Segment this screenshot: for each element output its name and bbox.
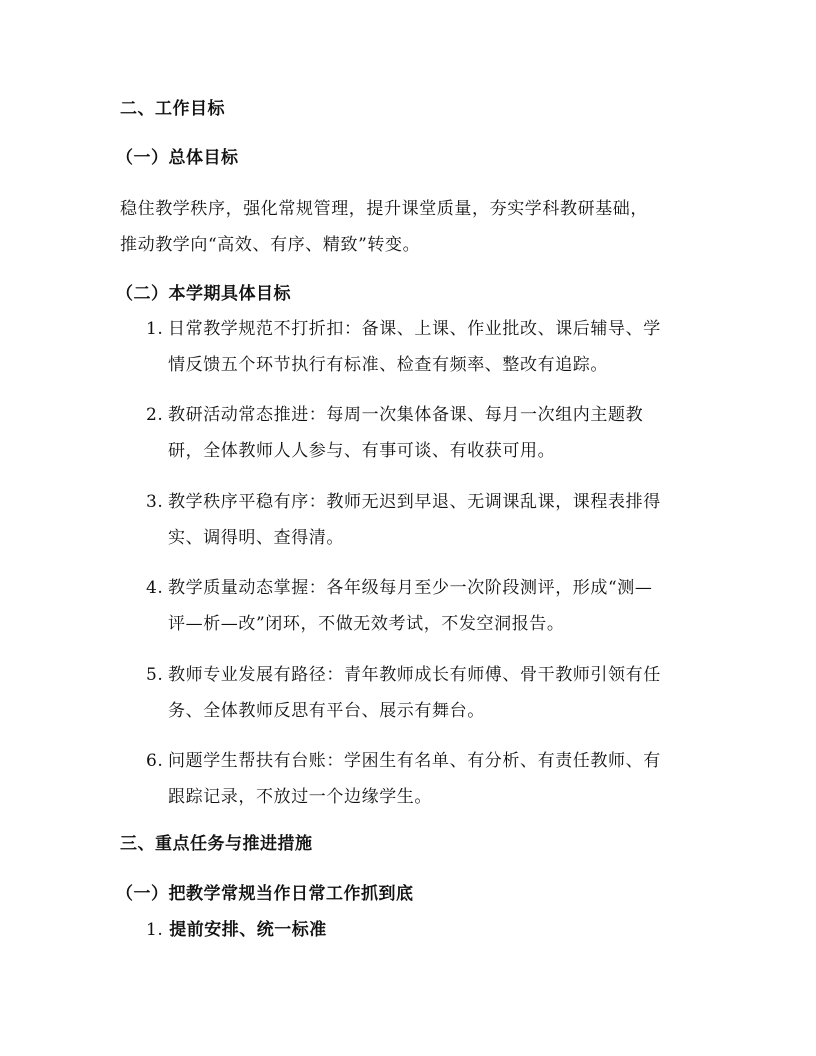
paragraph-line: 稳住教学秩序，强化常规管理，提升课堂质量，夯实学科教研基础， xyxy=(120,191,700,227)
subsection-heading-semester-goals: （二）本学期具体目标 xyxy=(116,284,291,304)
list-number: 6. xyxy=(146,743,163,779)
list-item-goal-3: 3. 教学秩序平稳有序：教师无迟到早退、无调课乱课，课程表排得 实、调得明、查得… xyxy=(146,484,706,556)
section-heading-work-goals: 二、工作目标 xyxy=(120,99,225,119)
list-item-line: 教师专业发展有路径：青年教师成长有师傅、骨干教师引领有任 xyxy=(146,657,706,693)
list-number: 1. xyxy=(146,920,163,940)
subsection-heading-teaching-routine: （一）把教学常规当作日常工作抓到底 xyxy=(116,884,414,904)
list-number: 4. xyxy=(146,570,163,606)
list-item-line: 研，全体教师人人参与、有事可谈、有收获可用。 xyxy=(146,433,706,469)
list-number: 5. xyxy=(146,657,163,693)
paragraph-line: 推动教学向“高效、有序、精致”转变。 xyxy=(120,227,700,263)
list-item-line: 教研活动常态推进：每周一次集体备课、每月一次组内主题教 xyxy=(146,397,706,433)
list-item-text: 提前安排、统一标准 xyxy=(169,920,327,940)
list-item-line: 情反馈五个环节执行有标准、检查有频率、整改有追踪。 xyxy=(146,347,706,383)
subsection-heading-overall-goal: （一）总体目标 xyxy=(116,148,239,168)
list-item-goal-1: 1. 日常教学规范不打折扣：备课、上课、作业批改、课后辅导、学 情反馈五个环节执… xyxy=(146,311,706,383)
list-number: 1. xyxy=(146,311,163,347)
list-number: 3. xyxy=(146,484,163,520)
list-item-line: 跟踪记录，不放过一个边缘学生。 xyxy=(146,779,706,815)
list-item-line: 务、全体教师反思有平台、展示有舞台。 xyxy=(146,693,706,729)
list-item-line: 实、调得明、查得清。 xyxy=(146,520,706,556)
section-heading-key-tasks: 三、重点任务与推进措施 xyxy=(120,834,313,854)
list-item-line: 评—析—改”闭环，不做无效考试，不发空洞报告。 xyxy=(146,606,706,642)
list-item-goal-5: 5. 教师专业发展有路径：青年教师成长有师傅、骨干教师引领有任 务、全体教师反思… xyxy=(146,657,706,729)
list-item-goal-4: 4. 教学质量动态掌握：各年级每月至少一次阶段测评，形成“测— 评—析—改”闭环… xyxy=(146,570,706,642)
list-item-line: 教学秩序平稳有序：教师无迟到早退、无调课乱课，课程表排得 xyxy=(146,484,706,520)
list-item-line: 问题学生帮扶有台账：学困生有名单、有分析、有责任教师、有 xyxy=(146,743,706,779)
list-item-goal-2: 2. 教研活动常态推进：每周一次集体备课、每月一次组内主题教 研，全体教师人人参… xyxy=(146,397,706,469)
list-item-line: 日常教学规范不打折扣：备课、上课、作业批改、课后辅导、学 xyxy=(146,311,706,347)
list-number: 2. xyxy=(146,397,163,433)
list-item-line: 教学质量动态掌握：各年级每月至少一次阶段测评，形成“测— xyxy=(146,570,706,606)
list-item-task-1: 1.提前安排、统一标准 xyxy=(146,920,327,940)
overall-goal-paragraph: 稳住教学秩序，强化常规管理，提升课堂质量，夯实学科教研基础， 推动教学向“高效、… xyxy=(120,191,700,263)
document-page: 二、工作目标 （一）总体目标 稳住教学秩序，强化常规管理，提升课堂质量，夯实学科… xyxy=(0,0,816,1056)
list-item-goal-6: 6. 问题学生帮扶有台账：学困生有名单、有分析、有责任教师、有 跟踪记录，不放过… xyxy=(146,743,706,815)
